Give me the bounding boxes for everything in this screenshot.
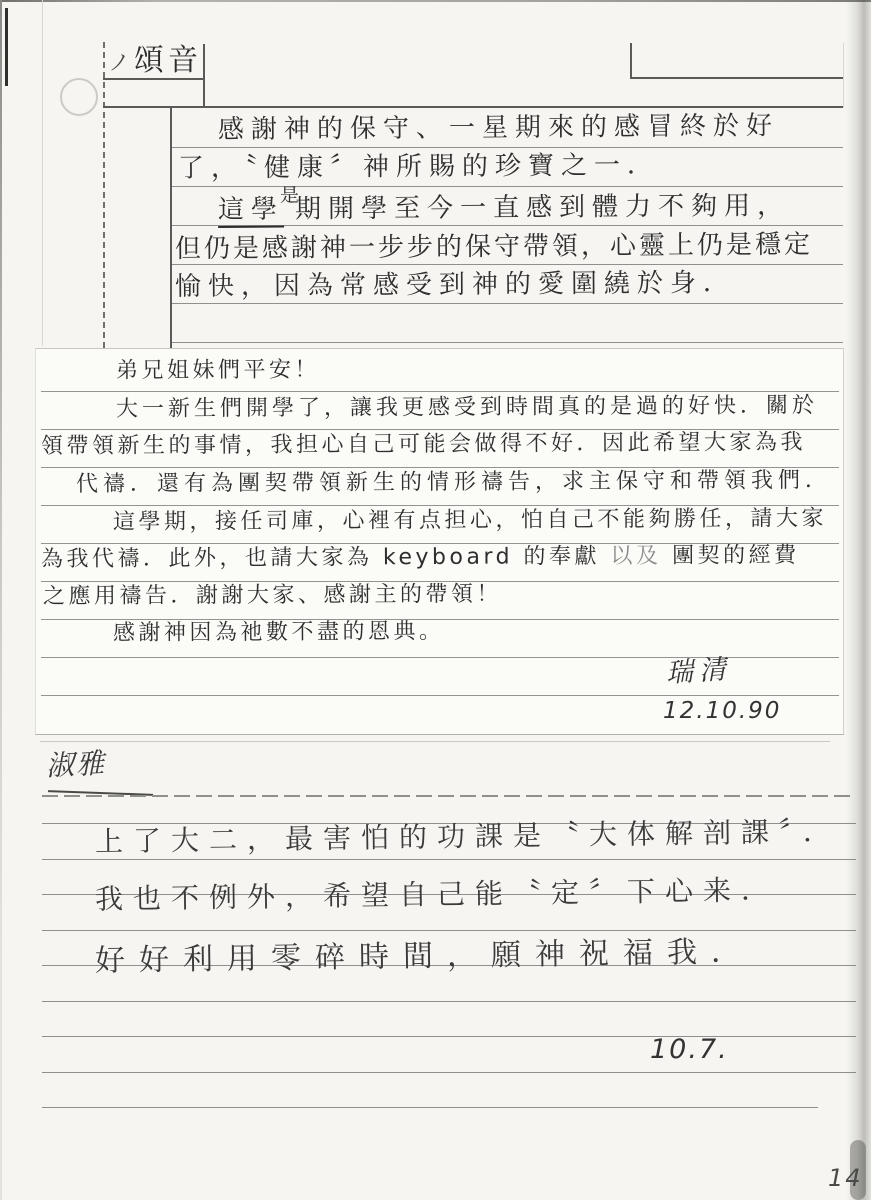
sheet-edge-line: [40, 741, 830, 742]
page-number: 14: [828, 1165, 863, 1191]
rule-line: [172, 186, 843, 187]
rule-line: [172, 342, 843, 343]
scan-top-edge: [0, 0, 871, 2]
form-topright-cell-left-line: [630, 43, 632, 78]
rule-line: [42, 1072, 856, 1073]
letter-line-2: 大一新生們開學了，讓我更感受到時間真的是過的好快．關於: [116, 394, 818, 422]
header-slash-stroke: ノ: [108, 51, 134, 76]
rule-line: [42, 1001, 856, 1002]
top-entry-line-3: 這學是期開學至今一直感到體力不夠用，: [218, 192, 790, 225]
top-entry-line-5: 愉快，因為常感受到神的愛圍繞於身．: [175, 269, 736, 302]
form-topright-cell-right-line: [843, 43, 844, 108]
letter-line-7: 之應用禱告．謝謝大家、感謝主的帶領！: [43, 583, 502, 610]
letter-line-8: 感謝神因為祂數不盡的恩典。: [113, 620, 445, 646]
top-entry-line-4: 但仍是感謝神一步步的保守帶領，心靈上仍是穩定: [175, 231, 813, 264]
letter-line-3: 領帶領新生的事情，我担心自己可能会做得不好．因此希望大家為我: [41, 431, 806, 459]
letter-line-6: 為我代禱．此外，也請大家為 keyboard 的奉獻 以及 團契的經費: [41, 544, 800, 572]
line-6-rest: 團契的經費: [661, 543, 799, 569]
rule-line-ticked: [42, 795, 856, 797]
inserted-correction-char: 是: [280, 184, 299, 206]
rule-line: [42, 1036, 856, 1037]
rule-line: [172, 303, 843, 304]
letter-line-5: 這學期，接任司庫，心裡有点担心，怕自己不能夠勝任，請大家: [113, 507, 827, 535]
bottom-entry-author: 淑雅: [45, 748, 107, 782]
line-3-rest: 期開學至今一直感到體力不夠用，: [295, 191, 790, 224]
rule-line: [172, 147, 843, 148]
penciled-insert: 以及: [610, 544, 661, 569]
rule-line: [42, 930, 856, 931]
top-entry-line-2: 了，〝健康〞神所賜的珍寶之一．: [178, 151, 660, 183]
section-header: ノ頌音: [108, 44, 202, 77]
form-dashed-margin-line: [103, 42, 105, 348]
rule-line: [41, 695, 839, 696]
scan-right-spine-line: [861, 0, 865, 1200]
underlined-words: 這學: [218, 195, 284, 228]
form-header-underline: [103, 78, 203, 80]
form-faint-margin-line: [42, 0, 43, 346]
rule-line: [41, 391, 839, 392]
form-area-top-line: [103, 106, 843, 108]
form-header-cell-right-line: [203, 44, 205, 108]
scan-right-shadow: [846, 0, 871, 1200]
bottom-entry-line-3: 好好利用零碎時間，願神祝福我．: [95, 935, 755, 977]
scan-left-edge: [0, 0, 2, 1200]
hole-punch-mark: [60, 78, 98, 116]
bottom-entry-date: 10.7.: [650, 1035, 729, 1065]
overlapping-letter-sheet: 弟兄姐妹們平安！ 大一新生們開學了，讓我更感受到時間真的是過的好快．關於 領帶領…: [35, 348, 844, 735]
rule-line: [42, 859, 856, 860]
rule-line: [172, 264, 843, 265]
form-topright-cell-line: [630, 77, 843, 79]
scanned-handwritten-page: ノ頌音 感謝神的保守、一星期來的感冒終於好 了，〝健康〞神所賜的珍寶之一． 這學…: [0, 0, 871, 1200]
letter-date: 12.10.90: [663, 699, 781, 724]
letter-signature: 瑞清: [665, 655, 733, 689]
bottom-entry-line-2: 我也不例外，希望自己能〝定〞下心来．: [95, 875, 779, 915]
rule-line: [42, 1107, 818, 1108]
form-area-left-line: [170, 106, 172, 348]
letter-greeting: 弟兄姐妹們平安！: [116, 358, 320, 383]
top-entry-line-1: 感謝神的保守、一星期來的感冒終於好: [218, 112, 779, 145]
line-6-text: 為我代禱．此外，也請大家為 keyboard 的奉獻: [41, 544, 611, 572]
scan-left-mark: [5, 8, 8, 86]
bottom-entry-line-1: 上了大二，最害怕的功課是〝大体解剖課〞．: [95, 817, 841, 858]
letter-line-4: 代禱．還有為團契帶領新生的情形禱告，求主保守和帶領我們．: [76, 469, 832, 497]
header-title: 頌音: [134, 43, 202, 78]
